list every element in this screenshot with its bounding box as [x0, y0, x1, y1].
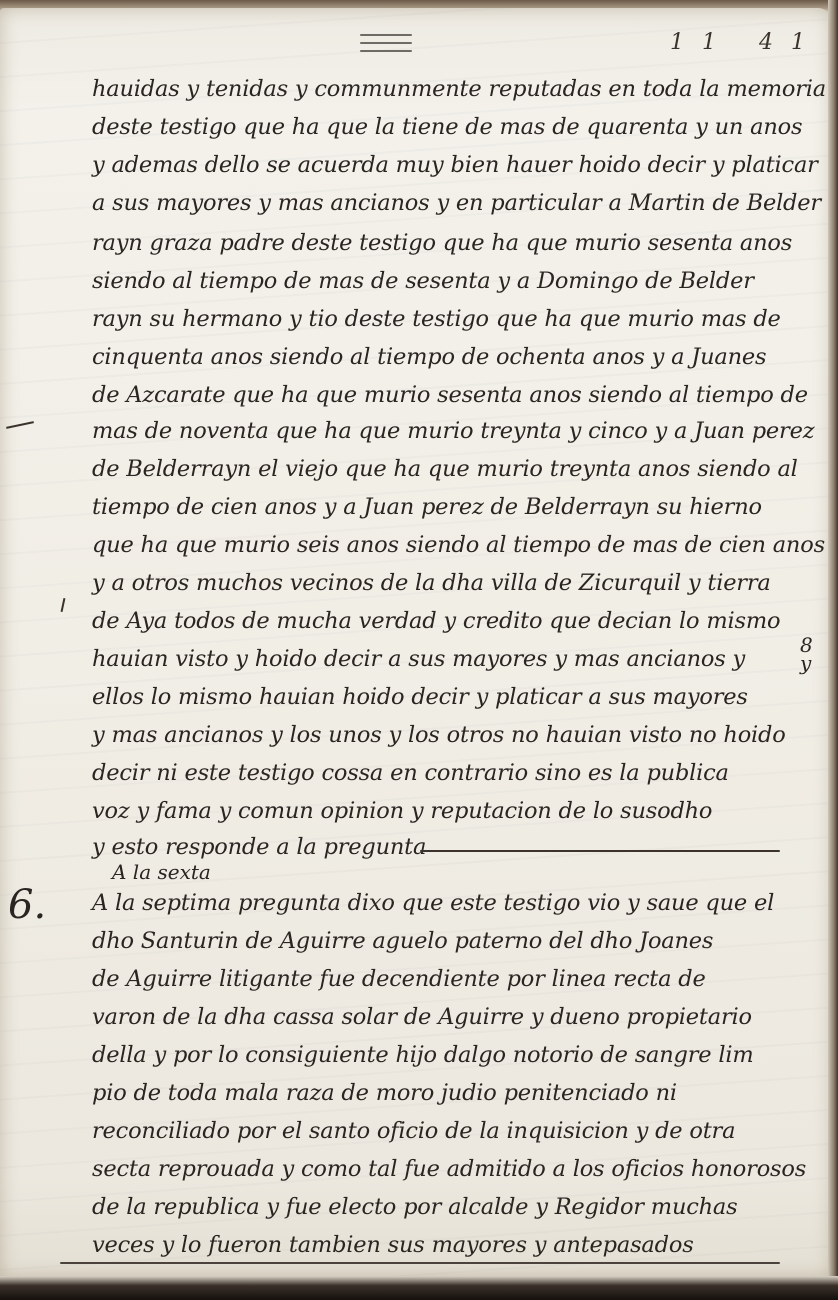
- text-line: pio de toda mala raza de moro judio peni…: [92, 1080, 832, 1106]
- text-line: y mas ancianos y los unos y los otros no…: [92, 722, 832, 748]
- text-line: de Azcarate que ha que murio sesenta ano…: [92, 382, 832, 408]
- folio-number: 11 41: [670, 30, 823, 55]
- text-line: rayn graza padre deste testigo que ha qu…: [92, 230, 832, 256]
- text-line: y a otros muchos vecinos de la dha villa…: [92, 570, 832, 596]
- text-line: varon de la dha cassa solar de Aguirre y…: [92, 1004, 832, 1030]
- text-line: de Aguirre litigante fue decendiente por…: [92, 966, 832, 992]
- text-line: de la republica y fue electo por alcalde…: [92, 1194, 832, 1220]
- text-line: de Belderrayn el viejo que ha que murio …: [92, 456, 832, 482]
- text-line: tiempo de cien anos y a Juan perez de Be…: [92, 494, 832, 520]
- question-number: 6.: [8, 882, 46, 928]
- text-line: voz y fama y comun opinion y reputacion …: [92, 798, 832, 824]
- text-line: rayn su hermano y tio deste testigo que …: [92, 306, 832, 332]
- text-line: que ha que murio seis anos siendo al tie…: [92, 532, 832, 558]
- line-filler-rule: [420, 850, 780, 852]
- page-bottom-edge: [0, 1276, 838, 1300]
- text-line: decir ni este testigo cossa en contrario…: [92, 760, 832, 786]
- text-line: de Aya todos de mucha verdad y credito q…: [92, 608, 832, 634]
- header-rule-mark: [360, 34, 412, 58]
- text-line: ellos lo mismo hauian hoido decir y plat…: [92, 684, 832, 710]
- text-line: reconciliado por el santo oficio de la i…: [92, 1118, 832, 1144]
- closing-rule: [60, 1262, 780, 1264]
- text-line: deste testigo que ha que la tiene de mas…: [92, 114, 832, 140]
- text-line: y ademas dello se acuerda muy bien hauer…: [92, 152, 832, 178]
- text-line: mas de noventa que ha que murio treynta …: [92, 418, 832, 444]
- text-line: dho Santurin de Aguirre aguelo paterno d…: [92, 928, 832, 954]
- text-line: a sus mayores y mas ancianos y en partic…: [92, 190, 832, 216]
- side-note: 8 y: [800, 636, 816, 672]
- text-line: hauidas y tenidas y communmente reputada…: [92, 76, 832, 102]
- text-line: veces y lo fueron tambien sus mayores y …: [92, 1232, 832, 1258]
- text-line: cinquenta anos siendo al tiempo de ochen…: [92, 344, 832, 370]
- text-line: della y por lo consiguiente hijo dalgo n…: [92, 1042, 832, 1068]
- text-line: siendo al tiempo de mas de sesenta y a D…: [92, 268, 832, 294]
- text-line: y esto responde a la pregunta: [92, 834, 832, 860]
- inserted-heading: A la sexta: [112, 860, 211, 884]
- text-line: hauian visto y hoido decir a sus mayores…: [92, 646, 832, 672]
- text-line: A la septima pregunta dixo que este test…: [92, 890, 832, 916]
- text-line: secta reprouada y como tal fue admitido …: [92, 1156, 832, 1182]
